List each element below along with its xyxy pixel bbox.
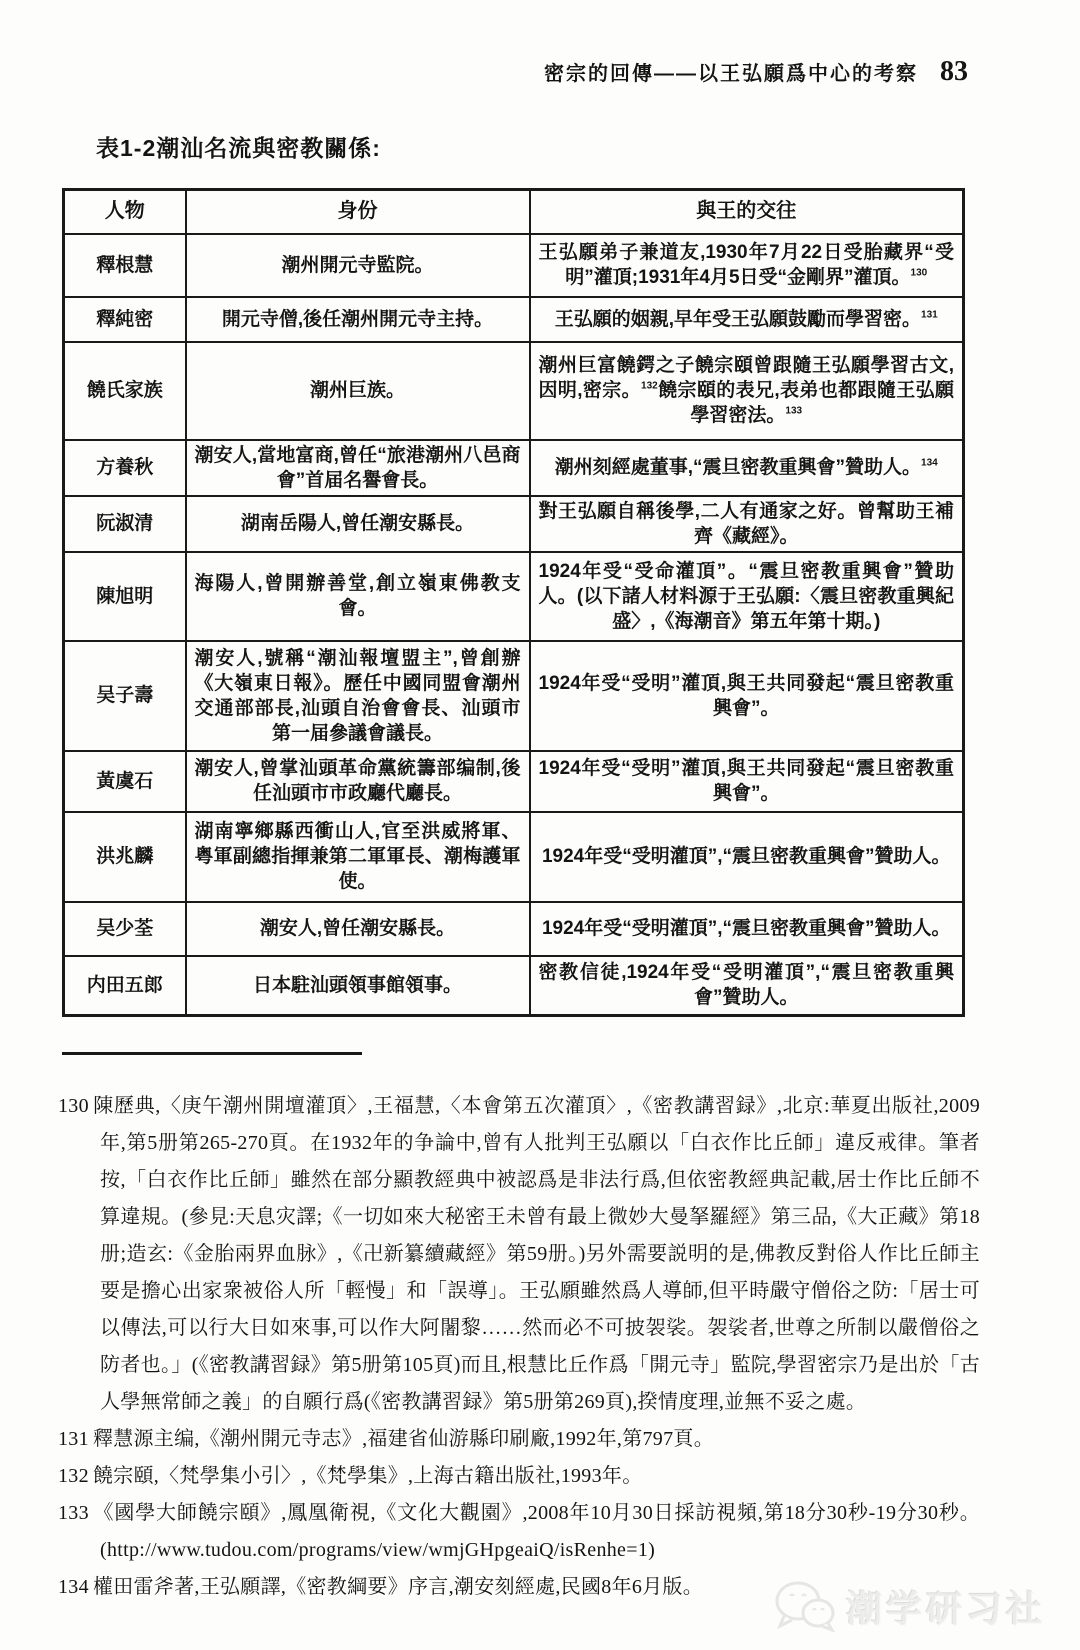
page-number: 83 <box>940 56 968 88</box>
relation-cell: 1924年受“受明”灌頂,與王共同發起“震旦密教重興會”。 <box>530 641 964 751</box>
identity-cell: 潮安人,號稱“潮汕報壇盟主”,曾創辦《大嶺東日報》。歷任中國同盟會潮州交通部部長… <box>186 641 530 751</box>
table-row: 吴子壽 潮安人,號稱“潮汕報壇盟主”,曾創辦《大嶺東日報》。歷任中國同盟會潮州交… <box>64 641 964 751</box>
relation-cell: 1924年受“受明灌頂”,“震旦密教重興會”贊助人。 <box>530 902 964 956</box>
relation-cell: 潮州巨富饒鍔之子饒宗頤曾跟隨王弘願學習古文,因明,密宗。132饒宗頤的表兄,表弟… <box>530 342 964 440</box>
footnote-divider <box>62 1052 362 1055</box>
identity-cell: 海陽人,曾開辦善堂,創立嶺東佛教支會。 <box>186 552 530 641</box>
person-cell: 洪兆麟 <box>64 812 186 902</box>
identity-cell: 潮州巨族。 <box>186 342 530 440</box>
relation-cell: 1924年受“受明”灌頂,與王共同發起“震旦密教重興會”。 <box>530 751 964 812</box>
table-row: 方養秋 潮安人,當地富商,曾任“旅港潮州八邑商會”首届名譽會長。 潮州刻經處董事… <box>64 440 964 496</box>
relation-cell: 潮州刻經處董事,“震旦密教重興會”贊助人。134 <box>530 440 964 496</box>
document-page: 密宗的回傳——以王弘願爲中心的考察 83 表1-2潮汕名流與密教關係: 人物 身… <box>0 0 1080 1650</box>
col-header-identity: 身份 <box>186 190 530 234</box>
person-cell: 吴少荃 <box>64 902 186 956</box>
relations-table: 人物 身份 與王的交往 釋根慧 潮州開元寺監院。 王弘願弟子兼道友,1930年7… <box>62 188 965 1017</box>
table-caption: 表1-2潮汕名流與密教關係: <box>96 130 381 163</box>
footnote-132: 132饒宗頤,〈梵學集小引〉,《梵學集》,上海古籍出版社,1993年。 <box>58 1458 980 1495</box>
footnote-number: 134 <box>58 1576 89 1598</box>
footnote-text: 釋慧源主编,《潮州開元寺志》,福建省仙游縣印刷廠,1992年,第797頁。 <box>93 1428 714 1450</box>
relation-cell: 1924年受“受命灌頂”。“震旦密教重興會”贊助人。(以下諸人材料源于王弘願:〈… <box>530 552 964 641</box>
table-row: 吴少荃 潮安人,曾任潮安縣長。 1924年受“受明灌頂”,“震旦密教重興會”贊助… <box>64 902 964 956</box>
footnote-text: 饒宗頤,〈梵學集小引〉,《梵學集》,上海古籍出版社,1993年。 <box>93 1465 643 1487</box>
person-cell: 陳旭明 <box>64 552 186 641</box>
footnote-number: 133 <box>58 1502 89 1524</box>
person-cell: 饒氏家族 <box>64 342 186 440</box>
identity-cell: 潮安人,曾任潮安縣長。 <box>186 902 530 956</box>
identity-cell: 湖南岳陽人,曾任潮安縣長。 <box>186 496 530 552</box>
identity-cell: 開元寺僧,後任潮州開元寺主持。 <box>186 297 530 342</box>
relation-cell: 王弘願弟子兼道友,1930年7月22日受胎藏界“受明”灌頂;1931年4月5日受… <box>530 234 964 297</box>
relation-cell: 王弘願的姻親,早年受王弘願鼓勵而學習密。131 <box>530 297 964 342</box>
person-cell: 方養秋 <box>64 440 186 496</box>
person-cell: 内田五郎 <box>64 956 186 1016</box>
footnote-number: 130 <box>58 1095 89 1117</box>
person-cell: 釋純密 <box>64 297 186 342</box>
footnote-text: 權田雷斧著,王弘願譯,《密教綱要》序言,潮安刻經處,民國8年6月版。 <box>93 1576 703 1598</box>
col-header-person: 人物 <box>64 190 186 234</box>
footnote-number: 132 <box>58 1465 89 1487</box>
table-row: 内田五郎 日本駐汕頭領事館領事。 密教信徒,1924年受“受明灌頂”,“震旦密教… <box>64 956 964 1016</box>
table-row: 阮淑清 湖南岳陽人,曾任潮安縣長。 對王弘願自稱後學,二人有通家之好。曾幫助王補… <box>64 496 964 552</box>
relation-cell: 對王弘願自稱後學,二人有通家之好。曾幫助王補齊《藏經》。 <box>530 496 964 552</box>
wechat-bubbles-icon <box>774 1580 836 1632</box>
identity-cell: 日本駐汕頭領事館領事。 <box>186 956 530 1016</box>
watermark-text: 潮学研习社 <box>846 1581 1046 1632</box>
col-header-relation: 與王的交往 <box>530 190 964 234</box>
table-row: 釋根慧 潮州開元寺監院。 王弘願弟子兼道友,1930年7月22日受胎藏界“受明”… <box>64 234 964 297</box>
relation-cell: 密教信徒,1924年受“受明灌頂”,“震旦密教重興會”贊助人。 <box>530 956 964 1016</box>
footnote-130: 130陳歷典,〈庚午潮州開壇灌頂〉,王福慧,〈本會第五次灌頂〉,《密教講習録》,… <box>58 1088 980 1421</box>
running-head-title: 密宗的回傳——以王弘願爲中心的考察 <box>544 57 918 86</box>
identity-cell: 潮安人,當地富商,曾任“旅港潮州八邑商會”首届名譽會長。 <box>186 440 530 496</box>
running-head: 密宗的回傳——以王弘願爲中心的考察 83 <box>544 56 968 88</box>
person-cell: 黃虞石 <box>64 751 186 812</box>
table-row: 饒氏家族 潮州巨族。 潮州巨富饒鍔之子饒宗頤曾跟隨王弘願學習古文,因明,密宗。1… <box>64 342 964 440</box>
table-row: 釋純密 開元寺僧,後任潮州開元寺主持。 王弘願的姻親,早年受王弘願鼓勵而學習密。… <box>64 297 964 342</box>
identity-cell: 湖南寧鄉縣西衝山人,官至洪威將軍、粤軍副總指揮兼第二軍軍長、潮梅護軍使。 <box>186 812 530 902</box>
footnote-text: 《國學大師饒宗頤》,鳳凰衛視,《文化大觀園》,2008年10月30日採訪視頻,第… <box>93 1502 980 1561</box>
person-cell: 吴子壽 <box>64 641 186 751</box>
table-row: 洪兆麟 湖南寧鄉縣西衝山人,官至洪威將軍、粤軍副總指揮兼第二軍軍長、潮梅護軍使。… <box>64 812 964 902</box>
footnote-number: 131 <box>58 1428 89 1450</box>
watermark: 潮学研习社 <box>774 1580 1046 1632</box>
footnote-131: 131釋慧源主编,《潮州開元寺志》,福建省仙游縣印刷廠,1992年,第797頁。 <box>58 1421 980 1458</box>
person-cell: 釋根慧 <box>64 234 186 297</box>
identity-cell: 潮安人,曾掌汕頭革命黨統籌部编制,後任汕頭市市政廳代廳長。 <box>186 751 530 812</box>
table-header-row: 人物 身份 與王的交往 <box>64 190 964 234</box>
footnote-133: 133《國學大師饒宗頤》,鳳凰衛視,《文化大觀園》,2008年10月30日採訪視… <box>58 1495 980 1569</box>
footnote-text: 陳歷典,〈庚午潮州開壇灌頂〉,王福慧,〈本會第五次灌頂〉,《密教講習録》,北京:… <box>93 1095 980 1413</box>
identity-cell: 潮州開元寺監院。 <box>186 234 530 297</box>
relation-cell: 1924年受“受明灌頂”,“震旦密教重興會”贊助人。 <box>530 812 964 902</box>
table-row: 陳旭明 海陽人,曾開辦善堂,創立嶺東佛教支會。 1924年受“受命灌頂”。“震旦… <box>64 552 964 641</box>
footnotes-section: 130陳歷典,〈庚午潮州開壇灌頂〉,王福慧,〈本會第五次灌頂〉,《密教講習録》,… <box>58 1088 980 1606</box>
person-cell: 阮淑清 <box>64 496 186 552</box>
table-row: 黃虞石 潮安人,曾掌汕頭革命黨統籌部编制,後任汕頭市市政廳代廳長。 1924年受… <box>64 751 964 812</box>
